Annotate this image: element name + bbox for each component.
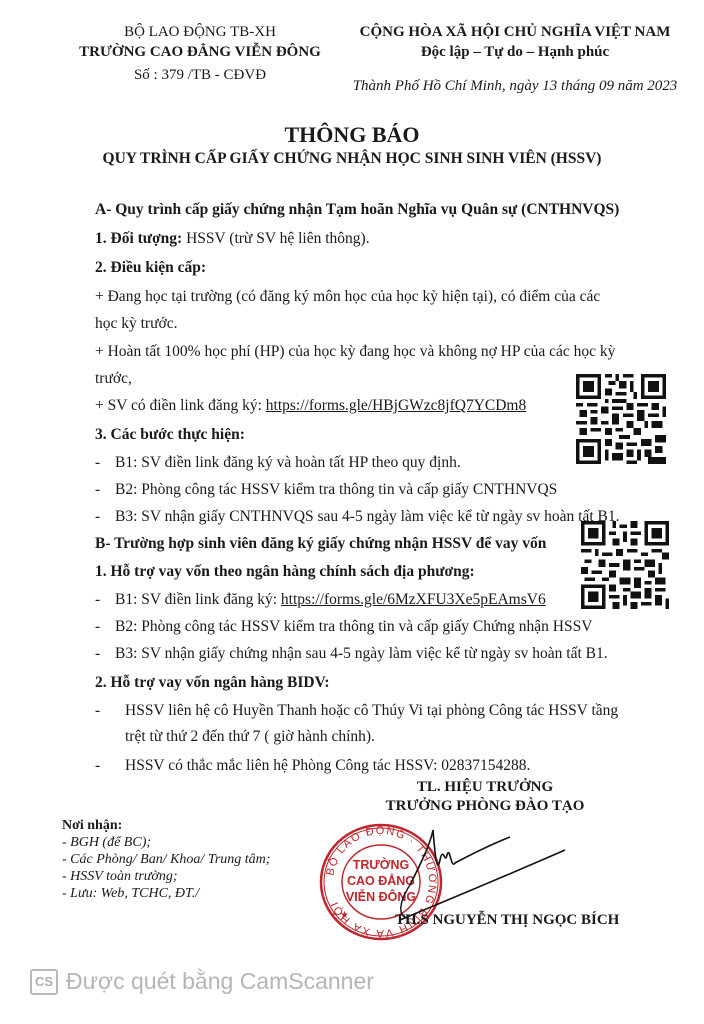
school-name: TRƯỜNG CAO ĐẲNG VIỄN ĐÔNG bbox=[70, 42, 330, 62]
recipients-block: Nơi nhận: - BGH (để BC); - Các Phòng/ Ba… bbox=[62, 817, 270, 902]
document-date: Thành Phố Hồ Chí Minh, ngày 13 tháng 09 … bbox=[340, 78, 690, 95]
sub1-step-b2: -B2: Phòng công tác HSSV kiểm tra thông … bbox=[95, 618, 592, 636]
signature-title-line1: TL. HIỆU TRƯỞNG bbox=[360, 778, 610, 797]
condition-1b: học kỳ trước. bbox=[95, 315, 177, 333]
national-motto: Độc lập – Tự do – Hạnh phúc bbox=[340, 42, 690, 62]
condition-2b: trước, bbox=[95, 370, 132, 388]
sub1-step-b1: -B1: SV điền link đăng ký: https://forms… bbox=[95, 591, 546, 609]
sub1-step-b3: -B3: SV nhận giấy chứng nhận sau 4-5 ngà… bbox=[95, 645, 608, 663]
country-name: CỘNG HÒA XÃ HỘI CHỦ NGHĨA VIỆT NAM bbox=[340, 22, 690, 42]
target-label: 1. Đối tượng: bbox=[95, 230, 182, 247]
condition-1a: + Đang học tại trường (có đăng ký môn họ… bbox=[95, 288, 600, 306]
signer-name: TH.S NGUYỄN THỊ NGỌC BÍCH bbox=[395, 912, 619, 929]
document-title: THÔNG BÁO bbox=[0, 122, 704, 148]
qr-code-b bbox=[580, 521, 670, 609]
conditions-label: 2. Điều kiện cấp: bbox=[95, 259, 206, 277]
sub2-item-2: -HSSV có thắc mắc liên hệ Phòng Công tác… bbox=[95, 757, 530, 775]
sub2-item-1a: -HSSV liên hệ cô Huyền Thanh hoặc cô Thú… bbox=[95, 702, 618, 720]
recipient-item: - Các Phòng/ Ban/ Khoa/ Trung tâm; bbox=[62, 851, 270, 868]
condition-2a: + Hoàn tất 100% học phí (HP) của học kỳ … bbox=[95, 343, 615, 361]
qr-code-icon bbox=[580, 521, 670, 609]
camscanner-watermark: CS Được quét bằng CamScanner bbox=[30, 968, 374, 995]
step-text: B3: SV nhận giấy chứng nhận sau 4-5 ngày… bbox=[115, 645, 608, 662]
document-number: Số : 379 /TB - CĐVĐ bbox=[70, 65, 330, 85]
recipient-item: - BGH (để BC); bbox=[62, 834, 270, 851]
step-b2: -B2: Phòng công tác HSSV kiểm tra thông … bbox=[95, 481, 557, 499]
target-line: 1. Đối tượng: HSSV (trừ SV hệ liên thông… bbox=[95, 230, 370, 248]
item-text: HSSV liên hệ cô Huyền Thanh hoặc cô Thúy… bbox=[125, 702, 618, 719]
sub2-item-1b: trệt từ thứ 2 đến thứ 7 ( giờ hành chính… bbox=[125, 728, 375, 746]
issuer-block: BỘ LAO ĐỘNG TB-XH TRƯỜNG CAO ĐẲNG VIỄN Đ… bbox=[70, 22, 330, 85]
document-subtitle: QUY TRÌNH CẤP GIẤY CHỨNG NHẬN HỌC SINH S… bbox=[0, 150, 704, 168]
svg-text:★: ★ bbox=[340, 910, 349, 921]
recipient-item: - HSSV toàn trường; bbox=[62, 868, 270, 885]
step-text: B2: Phòng công tác HSSV kiểm tra thông t… bbox=[115, 618, 592, 635]
condition-3: + SV có điền link đăng ký: https://forms… bbox=[95, 397, 526, 415]
step-text: B2: Phòng công tác HSSV kiểm tra thông t… bbox=[115, 481, 557, 498]
section-b-heading: B- Trường hợp sinh viên đăng ký giấy chứ… bbox=[95, 535, 546, 553]
signature-title: TL. HIỆU TRƯỞNG TRƯỞNG PHÒNG ĐÀO TẠO bbox=[360, 778, 610, 816]
item-text: HSSV có thắc mắc liên hệ Phòng Công tác … bbox=[125, 757, 530, 774]
step-text: B3: SV nhận giấy CNTHNVQS sau 4-5 ngày l… bbox=[115, 508, 619, 525]
step-b3: -B3: SV nhận giấy CNTHNVQS sau 4-5 ngày … bbox=[95, 508, 619, 526]
condition-3-text: + SV có điền link đăng ký: bbox=[95, 397, 266, 414]
step-b1: -B1: SV điền link đăng ký và hoàn tất HP… bbox=[95, 454, 461, 472]
camscanner-text: Được quét bằng CamScanner bbox=[66, 968, 374, 995]
step-text: B1: SV điền link đăng ký: bbox=[115, 591, 281, 608]
section-b-sub1-label: 1. Hỗ trợ vay vốn theo ngân hàng chính s… bbox=[95, 563, 475, 581]
qr-code-icon bbox=[576, 373, 666, 465]
steps-label: 3. Các bước thực hiện: bbox=[95, 426, 245, 444]
recipients-label: Nơi nhận: bbox=[62, 817, 270, 834]
qr-code-a bbox=[576, 373, 666, 465]
signature-title-line2: TRƯỞNG PHÒNG ĐÀO TẠO bbox=[360, 797, 610, 816]
camscanner-logo-icon: CS bbox=[30, 969, 58, 995]
national-header: CỘNG HÒA XÃ HỘI CHỦ NGHĨA VIỆT NAM Độc l… bbox=[340, 22, 690, 62]
step-text: B1: SV điền link đăng ký và hoàn tất HP … bbox=[115, 454, 461, 471]
section-a-heading: A- Quy trình cấp giấy chứng nhận Tạm hoã… bbox=[95, 201, 619, 219]
recipient-item: - Lưu: Web, TCHC, ĐT./ bbox=[62, 885, 270, 902]
registration-link-a[interactable]: https://forms.gle/HBjGWzc8jfQ7YCDm8 bbox=[266, 397, 526, 414]
ministry-name: BỘ LAO ĐỘNG TB-XH bbox=[70, 22, 330, 42]
target-value: HSSV (trừ SV hệ liên thông). bbox=[182, 230, 369, 247]
section-b-sub2-label: 2. Hỗ trợ vay vốn ngân hàng BIDV: bbox=[95, 674, 330, 692]
registration-link-b[interactable]: https://forms.gle/6MzXFU3Xe5pEAmsV6 bbox=[281, 591, 546, 608]
